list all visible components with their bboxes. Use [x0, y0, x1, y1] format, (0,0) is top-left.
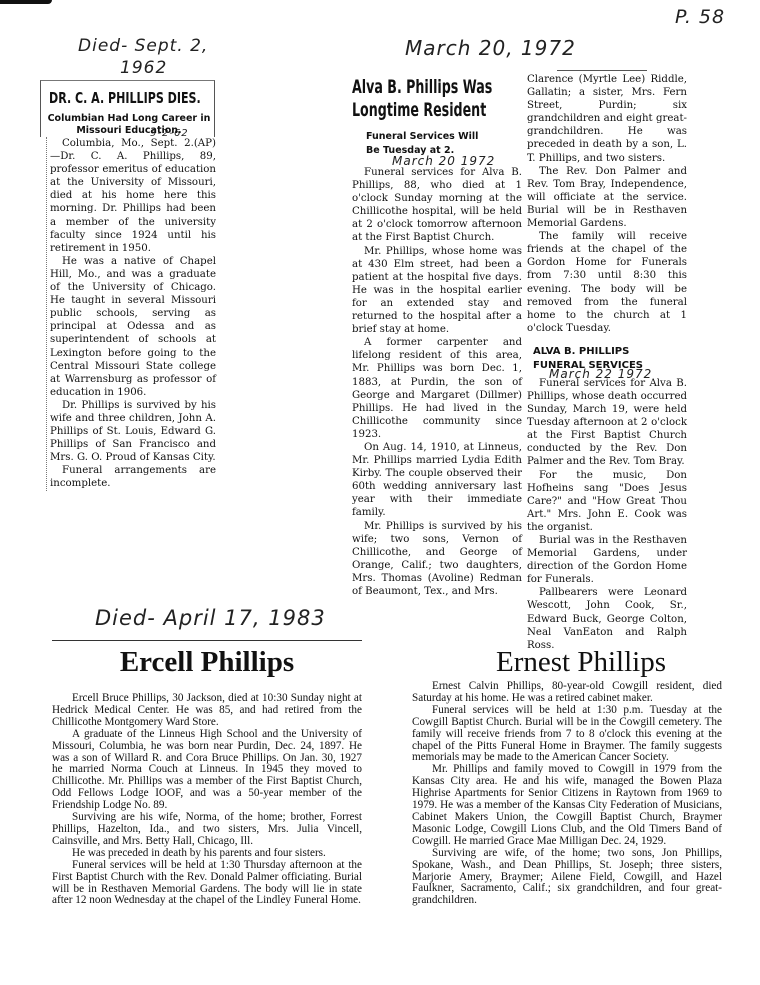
paragraph: Funeral services for Alva B. Phillips, w… — [527, 377, 687, 469]
article-body: Columbia, Mo., Sept. 2.(AP) —Dr. C. A. P… — [46, 137, 216, 491]
paragraph: Funeral arrangements are incomplete. — [50, 464, 216, 490]
paragraph: The family will receive friends at the c… — [527, 230, 687, 335]
paragraph: Dr. Phillips is survived by his wife and… — [50, 399, 216, 464]
paragraph: For the music, Don Hofheins sang "Does J… — [527, 469, 687, 534]
continued-article-body: Clarence (Myrtle Lee) Riddle, Gallatin; … — [527, 73, 687, 335]
obituary-clipping-c-a-phillips: DR. C. A. PHILLIPS DIES. Columbian Had L… — [40, 80, 215, 491]
paragraph: Columbia, Mo., Sept. 2.(AP) —Dr. C. A. P… — [50, 137, 216, 255]
paragraph: Ercell Bruce Phillips, 30 Jackson, died … — [52, 693, 362, 729]
paragraph: He was a native of Chapel Hill, Mo., and… — [50, 255, 216, 399]
paragraph: Burial was in the Resthaven Memorial Gar… — [527, 534, 687, 586]
funeral-article-body: Funeral services for Alva B. Phillips, w… — [527, 377, 687, 652]
subheadline: Columbian Had Long Career in Missouri Ed… — [47, 113, 211, 137]
handwritten-death-year: 1962 — [120, 58, 167, 78]
paragraph: On Aug. 14, 1910, at Linneus, Mr. Philli… — [352, 441, 522, 520]
obituary-clipping-ernest-phillips: Ernest Phillips Ernest Calvin Phillips, … — [412, 645, 722, 907]
paragraph: The Rev. Don Palmer and Rev. Tom Bray, I… — [527, 165, 687, 230]
handwritten-death-date: Died- April 17, 1983 — [95, 606, 326, 630]
article-body: Ercell Bruce Phillips, 30 Jackson, died … — [52, 693, 362, 907]
headline-line-2: Longtime Resident — [352, 99, 478, 122]
headline-box: DR. C. A. PHILLIPS DIES. Columbian Had L… — [40, 80, 215, 137]
paragraph: Funeral services will be held at 1:30 p.… — [412, 705, 722, 765]
headline: Ercell Phillips — [52, 640, 362, 679]
paragraph: He was preceded in death by his parents … — [52, 848, 362, 860]
paragraph: Funeral services will be held at 1:30 Th… — [52, 860, 362, 908]
headline: Ernest Phillips — [440, 645, 722, 679]
obituary-clipping-alva-phillips: Alva B. Phillips Was Longtime Resident F… — [352, 76, 522, 598]
paragraph: Funeral services for Alva B. Phillips, 8… — [352, 166, 522, 245]
paragraph: Surviving are wife, of the home; two son… — [412, 848, 722, 908]
paragraph: Clarence (Myrtle Lee) Riddle, Gallatin; … — [527, 73, 687, 165]
headline-line-1: Alva B. Phillips Was — [352, 76, 478, 99]
paragraph: Ernest Calvin Phillips, 80-year-old Cowg… — [412, 681, 722, 705]
article-body: Funeral services for Alva B. Phillips, 8… — [352, 166, 522, 598]
handwritten-date: March 20, 1972 — [405, 36, 576, 60]
subheadline-line-1: Funeral Services Will — [366, 130, 522, 144]
divider — [557, 70, 647, 71]
paragraph: A graduate of the Linneus High School an… — [52, 729, 362, 812]
paragraph: Surviving are his wife, Norma, of the ho… — [52, 812, 362, 848]
scan-edge-mark — [0, 0, 52, 4]
headline: DR. C. A. PHILLIPS DIES. — [49, 89, 182, 107]
article-body: Ernest Calvin Phillips, 80-year-old Cowg… — [412, 681, 722, 907]
paragraph: Pallbearers were Leonard Wescott, John C… — [527, 586, 687, 651]
paragraph: Mr. Phillips is survived by his wife; tw… — [352, 520, 522, 599]
obituary-clipping-ercell-phillips: Ercell Phillips Ercell Bruce Phillips, 3… — [52, 640, 362, 907]
paragraph: Mr. Phillips, whose home was at 430 Elm … — [352, 245, 522, 337]
handwritten-death-date: Died- Sept. 2, — [78, 36, 208, 56]
page-number-note: P. 58 — [675, 6, 725, 28]
paragraph: Mr. Phillips and family moved to Cowgill… — [412, 764, 722, 847]
funeral-headline-line-1: ALVA B. PHILLIPS — [533, 345, 687, 359]
obituary-continuation-and-funeral-services: Clarence (Myrtle Lee) Riddle, Gallatin; … — [527, 70, 687, 652]
paragraph: A former carpenter and lifelong resident… — [352, 336, 522, 441]
